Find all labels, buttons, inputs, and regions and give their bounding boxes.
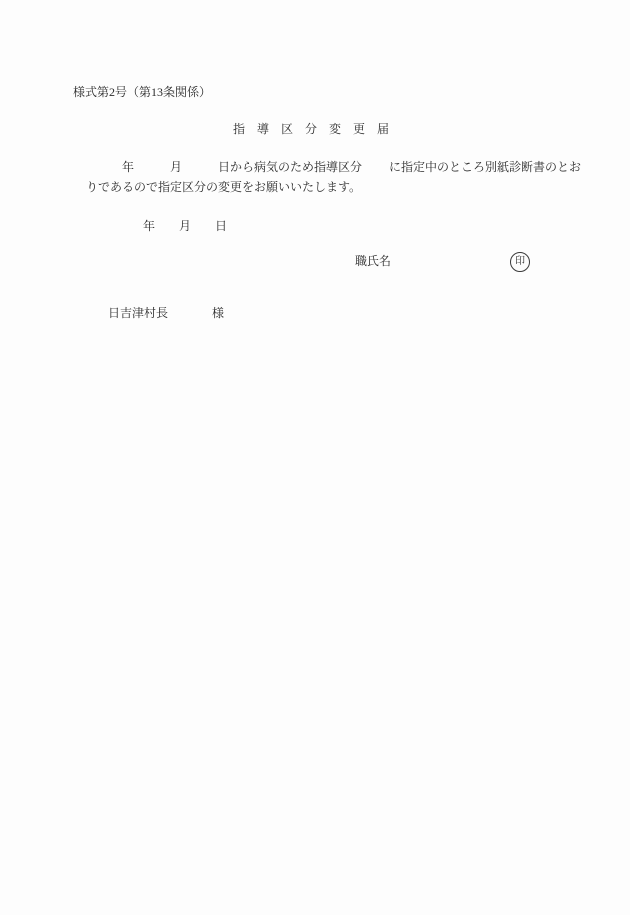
addressee-honorific: 様: [212, 306, 224, 320]
document-page: 様式第2号（第13条関係） 指 導 区 分 変 更 届 年 月 日から病気のため…: [0, 0, 630, 915]
addressee-name: 日吉津村長: [108, 306, 168, 320]
signer-name-label: 職氏名: [355, 254, 391, 268]
seal-character: 印: [515, 257, 525, 267]
body-paragraph-line-1: 年 月 日から病気のため指導区分 に指定中のところ別紙診断書のとお: [86, 160, 581, 174]
document-title: 指 導 区 分 変 更 届: [233, 122, 389, 136]
seal-stamp-icon: 印: [510, 252, 530, 272]
body-paragraph-line-2: りであるので指定区分の変更をお願いいたします。: [86, 180, 361, 194]
form-number: 様式第2号（第13条関係）: [73, 85, 211, 99]
addressee-line: 日吉津村長様: [96, 292, 224, 334]
date-line: 年 月 日: [143, 219, 227, 233]
